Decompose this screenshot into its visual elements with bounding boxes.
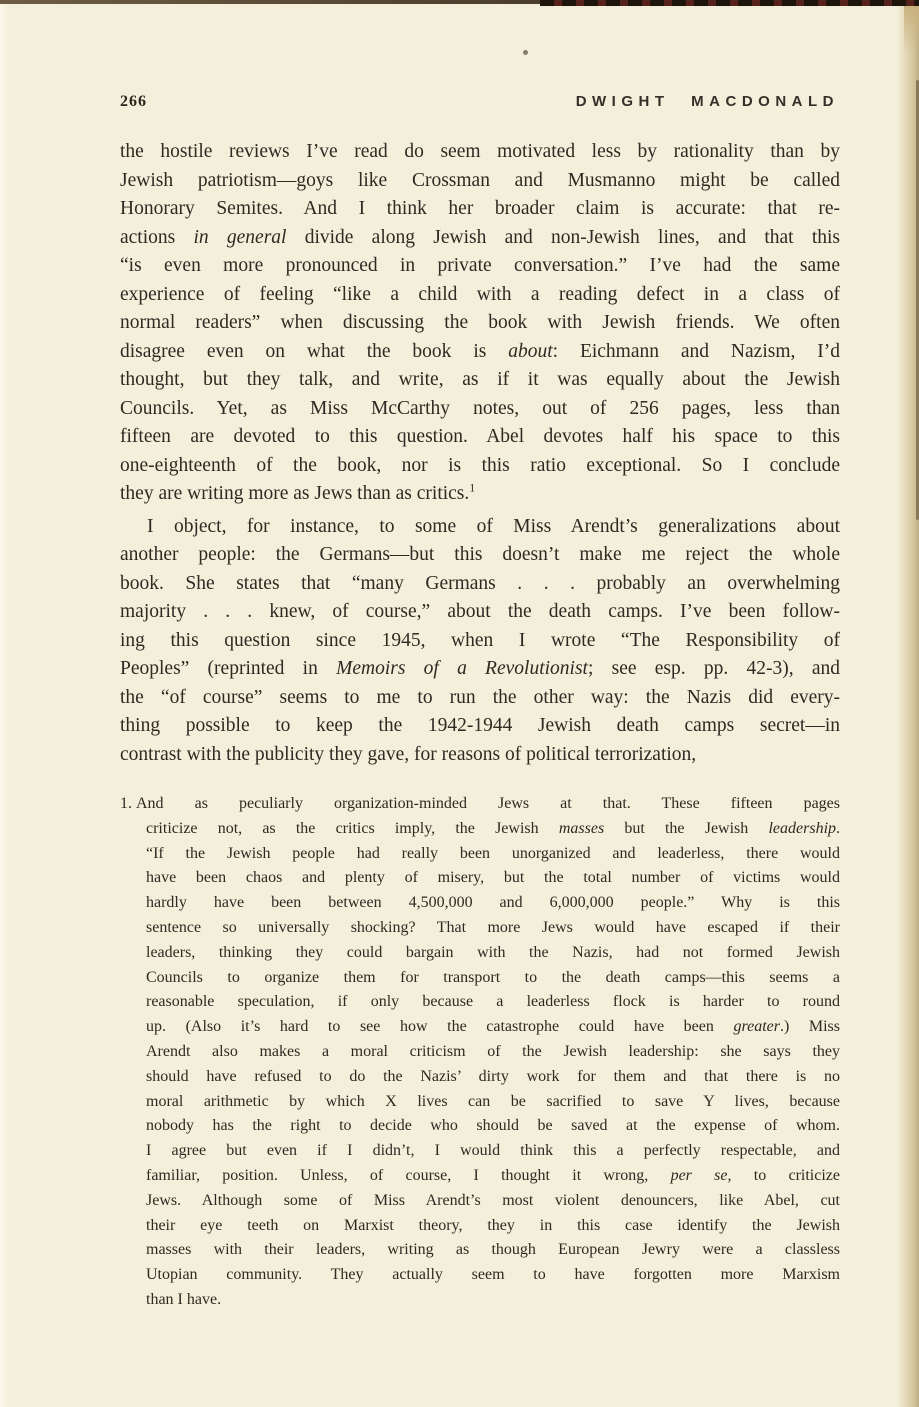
text-line: Councils. Yet, as Miss McCarthy notes, o… [120, 395, 840, 424]
footnote-line: familiar, position. Unless, of course, I… [120, 1164, 840, 1189]
footnote-line: hardly have been between 4,500,000 and 6… [120, 891, 840, 916]
text-line: another people: the Germans—but this doe… [120, 541, 840, 570]
text-line: experience of feeling “like a child with… [120, 281, 840, 310]
running-header-author: DWIGHT MACDONALD [576, 93, 839, 110]
text-line: normal readers” when discussing the book… [120, 309, 840, 338]
text-line: thing possible to keep the 1942-1944 Jew… [120, 712, 840, 741]
footnote-line: should have refused to do the Nazis’ dir… [120, 1065, 840, 1090]
footnote-line: “If the Jewish people had really been un… [120, 842, 840, 867]
footnote-line: 1.And as peculiarly organization-minded … [120, 792, 840, 817]
footnote-line: Arendt also makes a moral criticism of t… [120, 1040, 840, 1065]
scan-speck-artifact [523, 50, 528, 55]
scan-left-edge-highlight [0, 0, 8, 1407]
footnote-line: their eye teeth on Marxist theory, they … [120, 1214, 840, 1239]
footnote-line: nobody has the right to decide who shoul… [120, 1114, 840, 1139]
text-line: “is even more pronounced in private conv… [120, 252, 840, 281]
footnote-line: moral arithmetic by which X lives can be… [120, 1090, 840, 1115]
footnote-line: up. (Also it’s hard to see how the catas… [120, 1015, 840, 1040]
text-line: I object, for instance, to some of Miss … [120, 513, 840, 542]
footnote-line: criticize not, as the critics imply, the… [120, 817, 840, 842]
paragraph: the hostile reviews I’ve read do seem mo… [120, 138, 840, 509]
text-line: disagree even on what the book is about:… [120, 338, 840, 367]
page-number: 266 [120, 93, 147, 111]
text-line: book. She states that “many Germans . . … [120, 570, 840, 599]
body-text: the hostile reviews I’ve read do seem mo… [120, 138, 840, 769]
footnote-line: sentence so universally shocking? That m… [120, 916, 840, 941]
book-page: 266 DWIGHT MACDONALD the hostile reviews… [0, 0, 919, 1407]
footnote-line: Jews. Although some of Miss Arendt’s mos… [120, 1189, 840, 1214]
text-line: majority . . . knew, of course,” about t… [120, 598, 840, 627]
footnote-line: Councils to organize them for transport … [120, 966, 840, 991]
scan-top-edge-binding-artifact [540, 0, 919, 6]
footnote-line: Utopian community. They actually seem to… [120, 1263, 840, 1288]
text-line: Honorary Semites. And I think her broade… [120, 195, 840, 224]
text-line: actions in general divide along Jewish a… [120, 224, 840, 253]
text-line: Jewish patriotism—goys like Crossman and… [120, 167, 840, 196]
text-line: the hostile reviews I’ve read do seem mo… [120, 138, 840, 167]
paragraph: I object, for instance, to some of Miss … [120, 513, 840, 770]
running-header: 266 DWIGHT MACDONALD [120, 93, 839, 111]
text-line: one-eighteenth of the book, nor is this … [120, 452, 840, 481]
footnote-line: masses with their leaders, writing as th… [120, 1238, 840, 1263]
text-line: fifteen are devoted to this question. Ab… [120, 423, 840, 452]
text-line: they are writing more as Jews than as cr… [120, 480, 840, 509]
footnote-marker: 1. [120, 795, 136, 812]
footnote-line: than I have. [120, 1288, 840, 1313]
footnote-line: have been chaos and plenty of misery, bu… [120, 866, 840, 891]
scan-corner-curl-artifact [904, 6, 919, 52]
text-line: thought, but they talk, and write, as if… [120, 366, 840, 395]
footnote-line: I agree but even if I didn’t, I would th… [120, 1139, 840, 1164]
footnote-line: reasonable speculation, if only because … [120, 990, 840, 1015]
text-line: Peoples” (reprinted in Memoirs of a Revo… [120, 655, 840, 684]
text-line: contrast with the publicity they gave, f… [120, 741, 840, 770]
text-line: ing this question since 1945, when I wro… [120, 627, 840, 656]
text-line: the “of course” seems to me to run the o… [120, 684, 840, 713]
footnote: 1.And as peculiarly organization-minded … [120, 792, 840, 1313]
footnote-line: leaders, thinking they could bargain wit… [120, 941, 840, 966]
